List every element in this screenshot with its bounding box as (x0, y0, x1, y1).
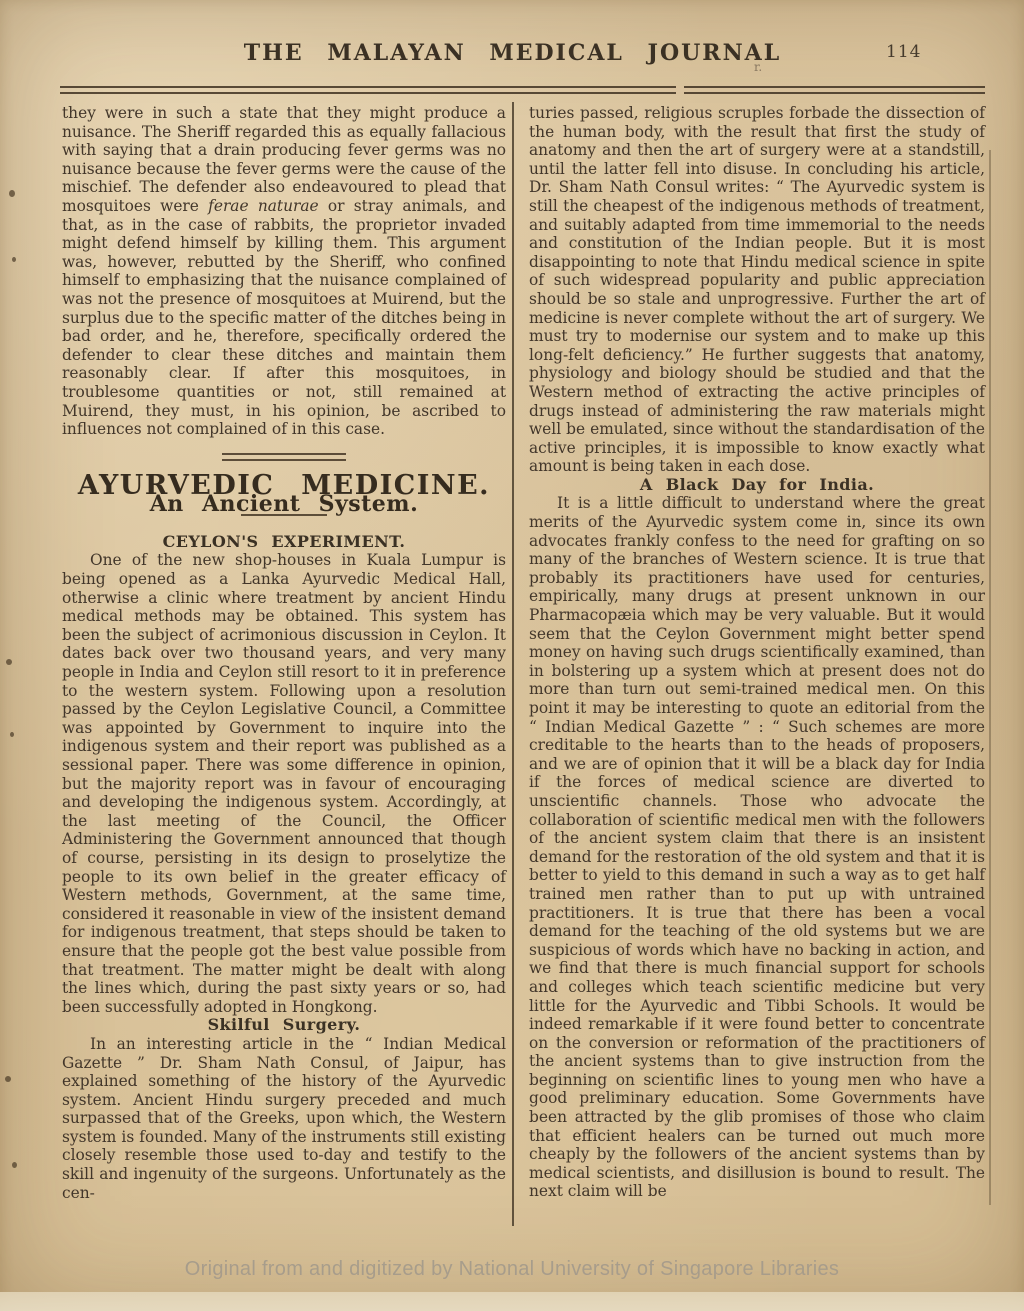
continuation-text-after: or stray animals, and that, as in the ca… (62, 197, 506, 438)
print-artifact-mark: r. (754, 60, 762, 74)
digitization-watermark: Original from and digitized by National … (0, 1258, 1024, 1281)
section-heading-skilful-surgery: Skilful Surgery. (62, 1016, 506, 1035)
scanned-journal-page: THE MALAYAN MEDICAL JOURNAL 114 r. they … (0, 0, 1024, 1311)
section-heading-black-day-for-india: A Black Day for India. (529, 476, 985, 495)
ink-speck (10, 732, 14, 737)
ink-speck (12, 257, 16, 262)
right-column: turies passed, religious scruples forbad… (529, 104, 985, 1201)
header-double-rule-left (60, 86, 676, 94)
paragraph-ceylons-experiment: One of the new shop-houses in Kuala Lump… (62, 551, 506, 1016)
left-column: they were in such a state that they migh… (62, 104, 506, 1202)
ink-speck (5, 1076, 11, 1082)
column-divider-rule (512, 102, 514, 1226)
subtitle-separator-rule (241, 514, 327, 516)
paragraph-black-day-for-india: It is a little difficult to understand w… (529, 494, 985, 1201)
header-double-rule-right (684, 86, 985, 94)
ink-speck (12, 1162, 17, 1168)
scan-edge-strip (0, 1292, 1024, 1311)
paragraph-skilful-surgery: In an interesting article in the “ India… (62, 1035, 506, 1202)
ink-speck (9, 190, 15, 197)
journal-title: THE MALAYAN MEDICAL JOURNAL (60, 40, 965, 66)
ink-speck (6, 659, 12, 665)
section-heading-ceylons-experiment: CEYLON'S EXPERIMENT. (62, 533, 506, 552)
continuation-paragraph-mosquito-case: they were in such a state that they migh… (62, 104, 506, 439)
page-number: 114 (886, 42, 921, 62)
right-margin-rule (989, 150, 991, 1205)
latin-phrase-italic: ferae naturae (208, 197, 319, 215)
section-separator-double-rule (222, 453, 346, 461)
continuation-paragraph-surgery-history: turies passed, religious scruples forbad… (529, 104, 985, 476)
